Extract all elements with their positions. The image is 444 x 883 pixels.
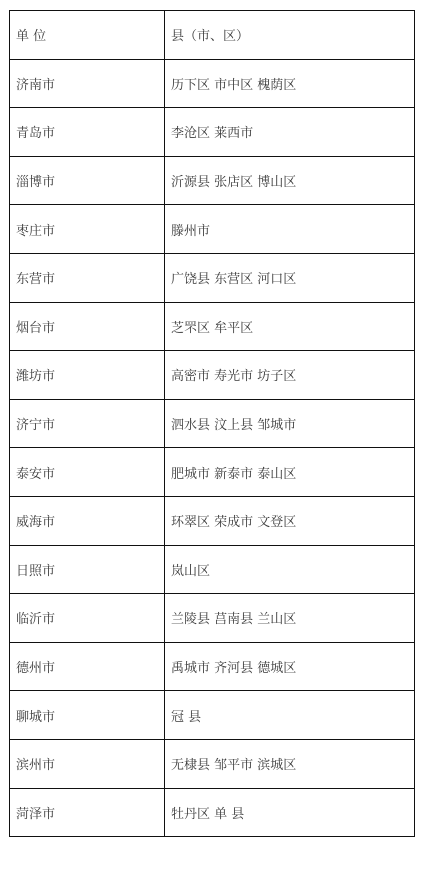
header-counties: 县（市、区） — [165, 11, 415, 60]
counties-cell: 禹城市 齐河县 德城区 — [165, 642, 415, 691]
counties-cell: 肥城市 新泰市 泰山区 — [165, 448, 415, 497]
counties-cell: 兰陵县 莒南县 兰山区 — [165, 594, 415, 643]
city-cell: 济宁市 — [10, 399, 165, 448]
table-row: 青岛市 李沧区 莱西市 — [10, 108, 415, 157]
counties-cell: 高密市 寿光市 坊子区 — [165, 351, 415, 400]
table-row: 滨州市 无棣县 邹平市 滨城区 — [10, 739, 415, 788]
table-row: 泰安市 肥城市 新泰市 泰山区 — [10, 448, 415, 497]
header-row: 单 位 县（市、区） — [10, 11, 415, 60]
table-row: 威海市 环翠区 荣成市 文登区 — [10, 496, 415, 545]
city-cell: 枣庄市 — [10, 205, 165, 254]
counties-cell: 历下区 市中区 槐荫区 — [165, 59, 415, 108]
table-row: 济宁市 泗水县 汶上县 邹城市 — [10, 399, 415, 448]
counties-cell: 无棣县 邹平市 滨城区 — [165, 739, 415, 788]
city-cell: 东营市 — [10, 253, 165, 302]
city-cell: 潍坊市 — [10, 351, 165, 400]
city-cell: 滨州市 — [10, 739, 165, 788]
table-row: 临沂市 兰陵县 莒南县 兰山区 — [10, 594, 415, 643]
counties-cell: 芝罘区 牟平区 — [165, 302, 415, 351]
city-cell: 聊城市 — [10, 691, 165, 740]
city-cell: 青岛市 — [10, 108, 165, 157]
counties-cell: 泗水县 汶上县 邹城市 — [165, 399, 415, 448]
table-row: 潍坊市 高密市 寿光市 坊子区 — [10, 351, 415, 400]
counties-cell: 岚山区 — [165, 545, 415, 594]
table-row: 济南市 历下区 市中区 槐荫区 — [10, 59, 415, 108]
city-cell: 菏泽市 — [10, 788, 165, 837]
table-row: 聊城市 冠 县 — [10, 691, 415, 740]
counties-cell: 滕州市 — [165, 205, 415, 254]
table-row: 烟台市 芝罘区 牟平区 — [10, 302, 415, 351]
city-cell: 济南市 — [10, 59, 165, 108]
city-cell: 日照市 — [10, 545, 165, 594]
table-row: 淄博市 沂源县 张店区 博山区 — [10, 156, 415, 205]
counties-cell: 广饶县 东营区 河口区 — [165, 253, 415, 302]
counties-cell: 环翠区 荣成市 文登区 — [165, 496, 415, 545]
city-cell: 淄博市 — [10, 156, 165, 205]
table-row: 枣庄市 滕州市 — [10, 205, 415, 254]
counties-cell: 牡丹区 单 县 — [165, 788, 415, 837]
header-unit: 单 位 — [10, 11, 165, 60]
city-cell: 临沂市 — [10, 594, 165, 643]
city-cell: 德州市 — [10, 642, 165, 691]
table-row: 东营市 广饶县 东营区 河口区 — [10, 253, 415, 302]
table-row: 菏泽市 牡丹区 单 县 — [10, 788, 415, 837]
table-container: 单 位 县（市、区） 济南市 历下区 市中区 槐荫区 青岛市 李沧区 莱西市 淄… — [9, 10, 415, 837]
city-cell: 威海市 — [10, 496, 165, 545]
counties-cell: 李沧区 莱西市 — [165, 108, 415, 157]
city-county-table: 单 位 县（市、区） 济南市 历下区 市中区 槐荫区 青岛市 李沧区 莱西市 淄… — [9, 10, 415, 837]
table-row: 日照市 岚山区 — [10, 545, 415, 594]
city-cell: 泰安市 — [10, 448, 165, 497]
city-cell: 烟台市 — [10, 302, 165, 351]
counties-cell: 冠 县 — [165, 691, 415, 740]
counties-cell: 沂源县 张店区 博山区 — [165, 156, 415, 205]
table-row: 德州市 禹城市 齐河县 德城区 — [10, 642, 415, 691]
